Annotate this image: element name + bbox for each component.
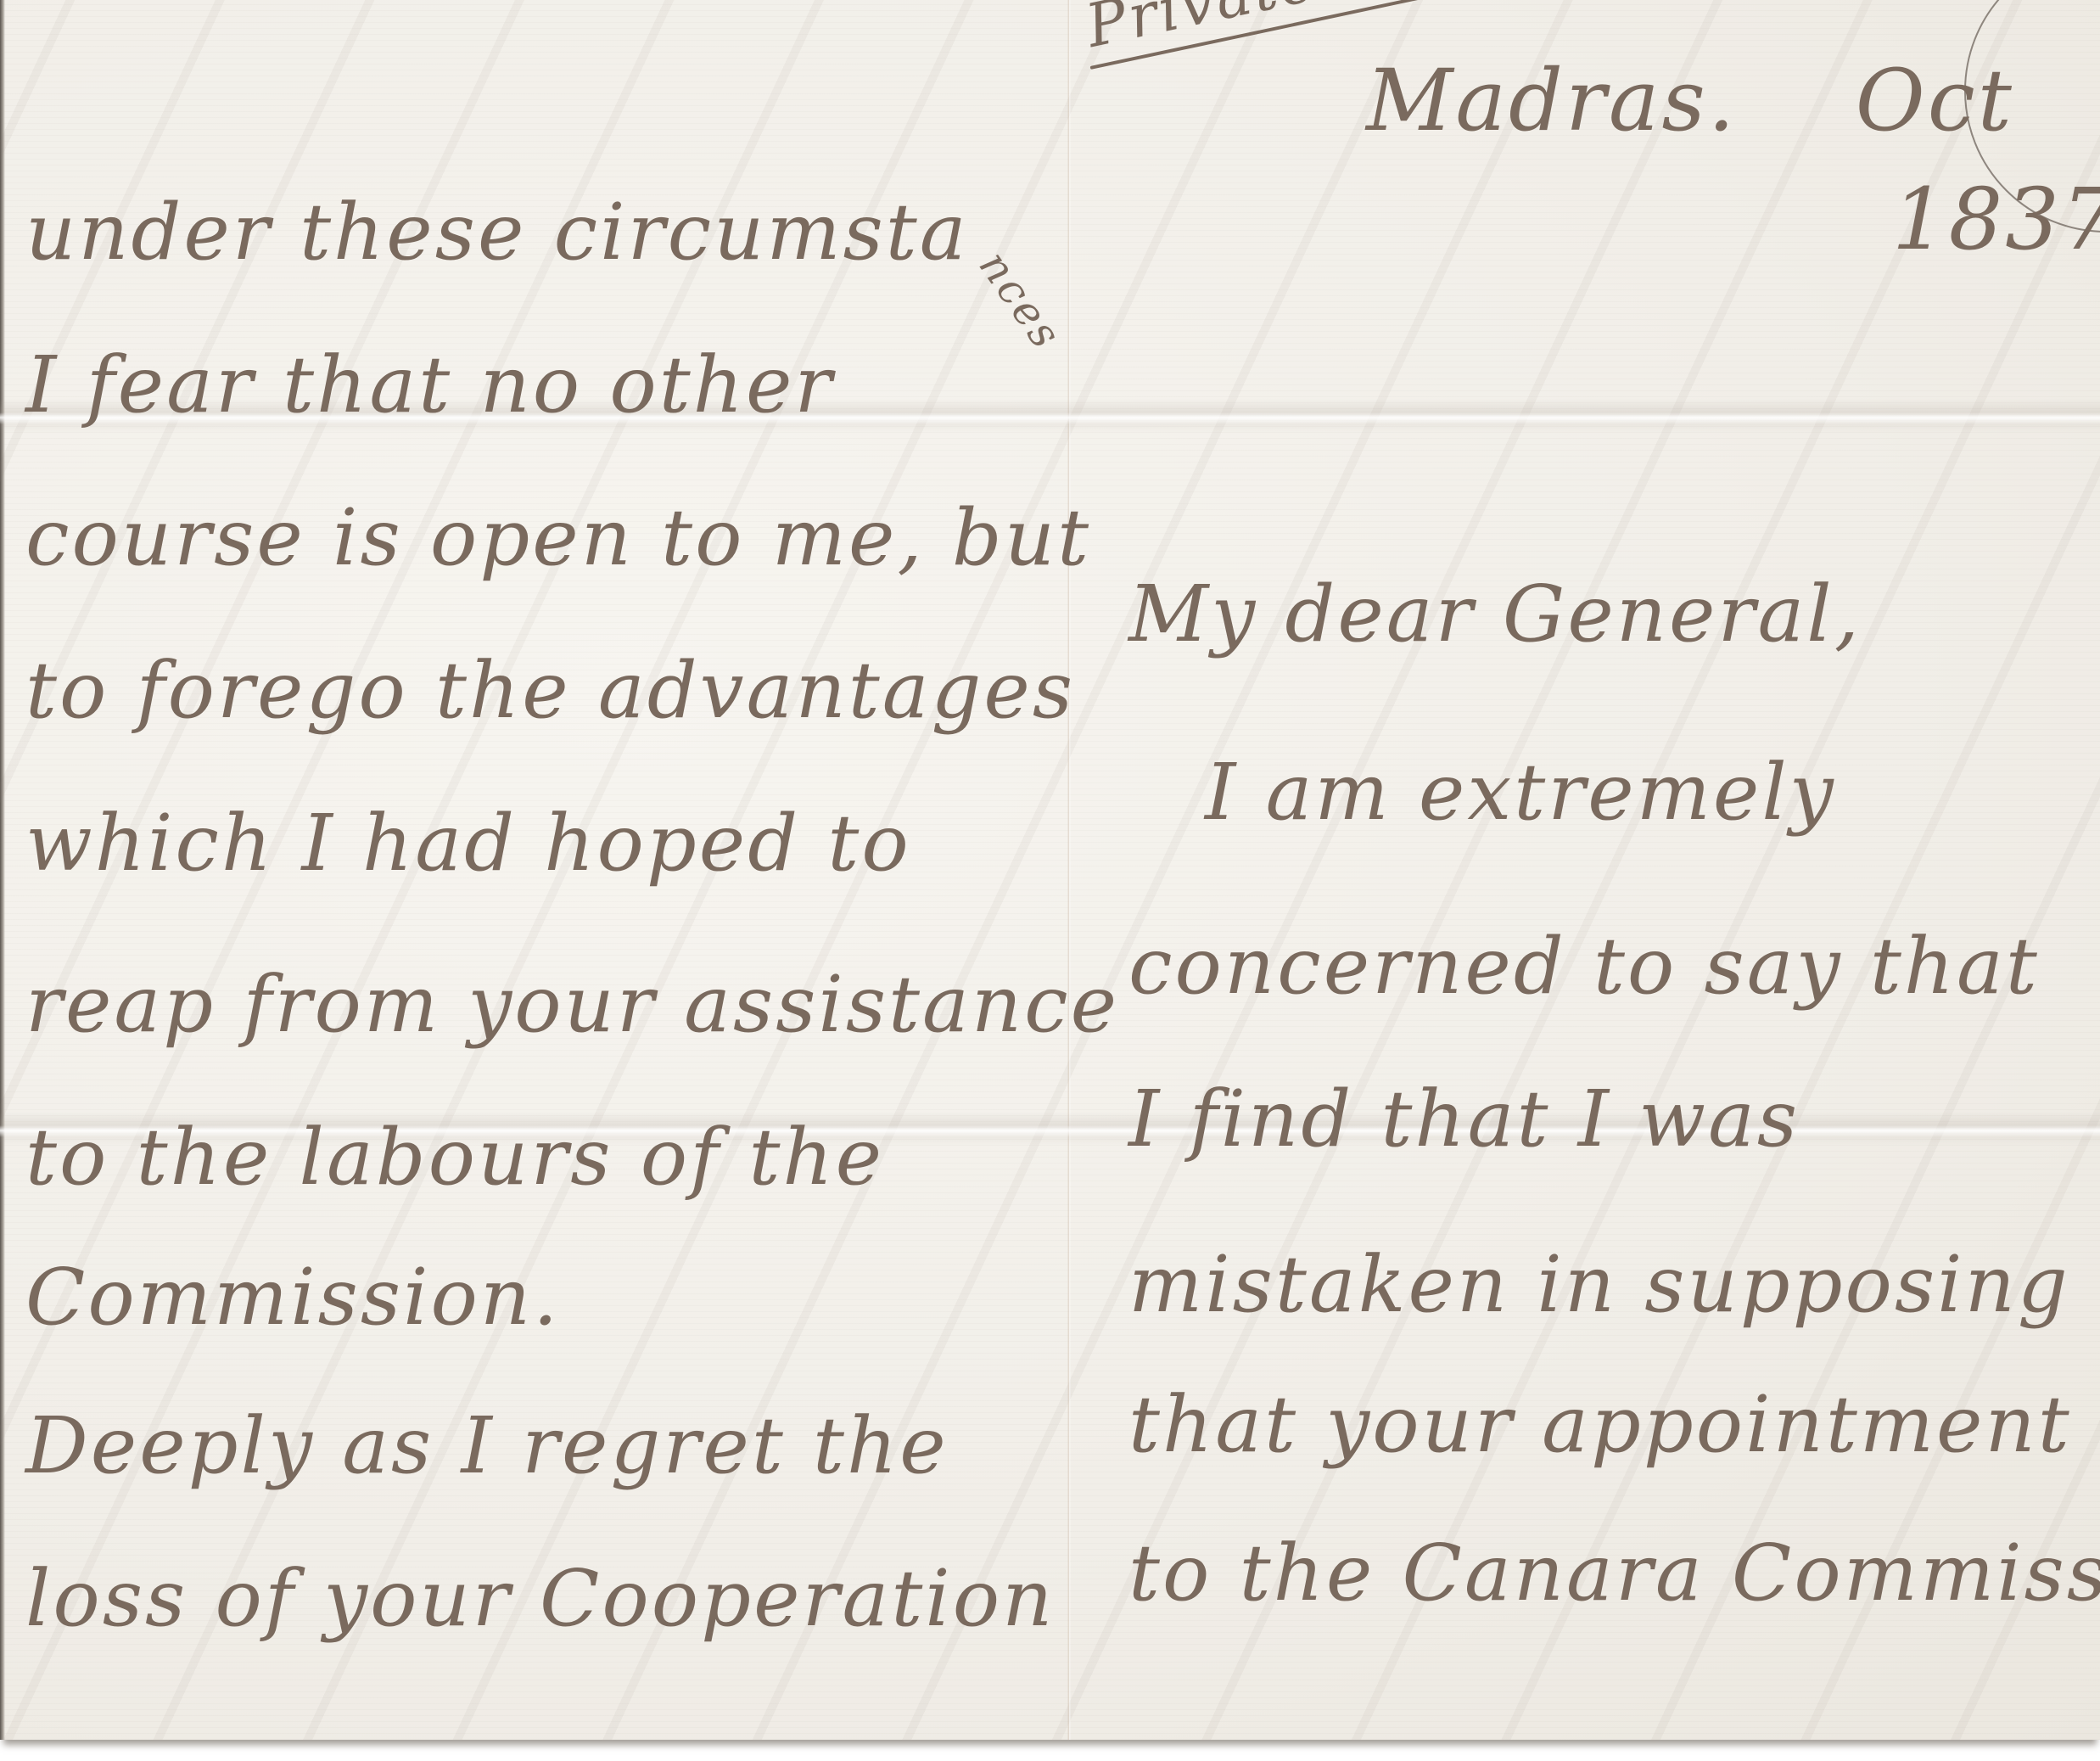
letter-sheet: Private Madras. Oct 19th 1837. My dear G… (0, 0, 2100, 1740)
date-month: Oct (1856, 51, 2014, 150)
letter-line: concerned to say that (1128, 921, 2040, 1012)
private-marking: Private (1080, 0, 1323, 61)
letter-line: I am extremely (1205, 747, 1836, 838)
letter-line: Deeply as I regret the (25, 1400, 949, 1491)
letter-line: course is open to me, but (25, 492, 1091, 583)
place-name: Madras. (1366, 51, 1738, 150)
letter-line: reap from your assistance (25, 959, 1119, 1050)
letter-line: under these circumsta (25, 187, 969, 278)
date-year: 1837. (1892, 170, 2100, 269)
letter-line: to the Canara Commission (1128, 1528, 2100, 1618)
letter-line: to forego the advantages (25, 645, 1075, 736)
salutation: My dear General, (1128, 569, 1862, 659)
letter-line: I find that I was (1128, 1074, 1800, 1164)
letter-line: I fear that no other (25, 339, 834, 430)
letter-line: Commission. (25, 1252, 560, 1343)
letter-line: mistaken in supposing (1128, 1239, 2070, 1330)
vertical-fold-line (1067, 0, 1071, 1740)
letter-line: that your appointment (1128, 1379, 2072, 1470)
letter-line: to the labours of the (25, 1112, 884, 1203)
letter-line-overflow: nces (969, 242, 1072, 359)
paper-left-edge (0, 0, 5, 1740)
dateline: Madras. Oct 19th (1366, 51, 2100, 150)
letter-line: which I had hoped to (25, 798, 911, 889)
letter-line: loss of your Cooperation (25, 1553, 1055, 1644)
